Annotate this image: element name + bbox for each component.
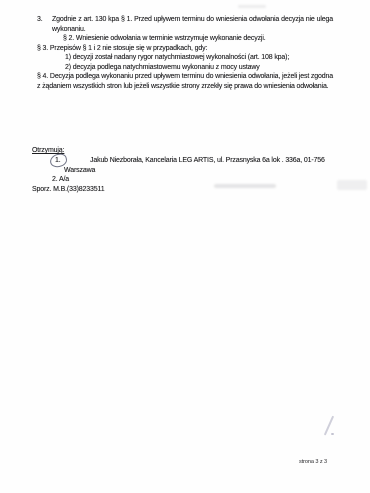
paragraph-3: § 3. Przepisów § 1 i 2 nie stosuje się w…	[37, 44, 333, 54]
scanned-document-page: 3. Zgodnie z art. 130 kpa § 1. Przed upł…	[0, 0, 370, 493]
recipient-1-city: Warszawa	[64, 166, 95, 176]
scan-smudge-middle	[214, 184, 276, 188]
list-item-3-text: Zgodnie z art. 130 kpa § 1. Przed upływe…	[52, 15, 333, 34]
paragraph-4: § 4. Decyzja podlega wykonaniu przed upł…	[37, 72, 333, 91]
slash-dot-mark	[331, 433, 334, 435]
paragraph-3-subitem-1: 1) decyzji został nadany rygor natychmia…	[65, 53, 333, 63]
list-item-3: 3. Zgodnie z art. 130 kpa § 1. Przed upł…	[37, 15, 333, 44]
prepared-by-note: Sporz. M.B.(33)8233511	[32, 185, 104, 195]
legal-text-block: 3. Zgodnie z art. 130 kpa § 1. Przed upł…	[37, 15, 333, 91]
paragraph-3-subitem-2: 2) decyzja podlega natychmiastowemu wyko…	[65, 63, 333, 73]
recipient-1-number: 1.	[55, 156, 61, 166]
recipient-2: 2. A/a	[52, 175, 69, 185]
page-number: strona 3 z 3	[299, 459, 327, 465]
recipient-1-name-address: Jakub Niezborała, Kancelaria LEG ARTIS, …	[90, 156, 325, 166]
scan-smudge-right	[337, 180, 367, 190]
list-item-3-number: 3.	[37, 15, 43, 25]
paragraph-2: § 2. Wniesienie odwołania w terminie wst…	[63, 34, 333, 44]
scan-smudge-top	[238, 5, 266, 8]
